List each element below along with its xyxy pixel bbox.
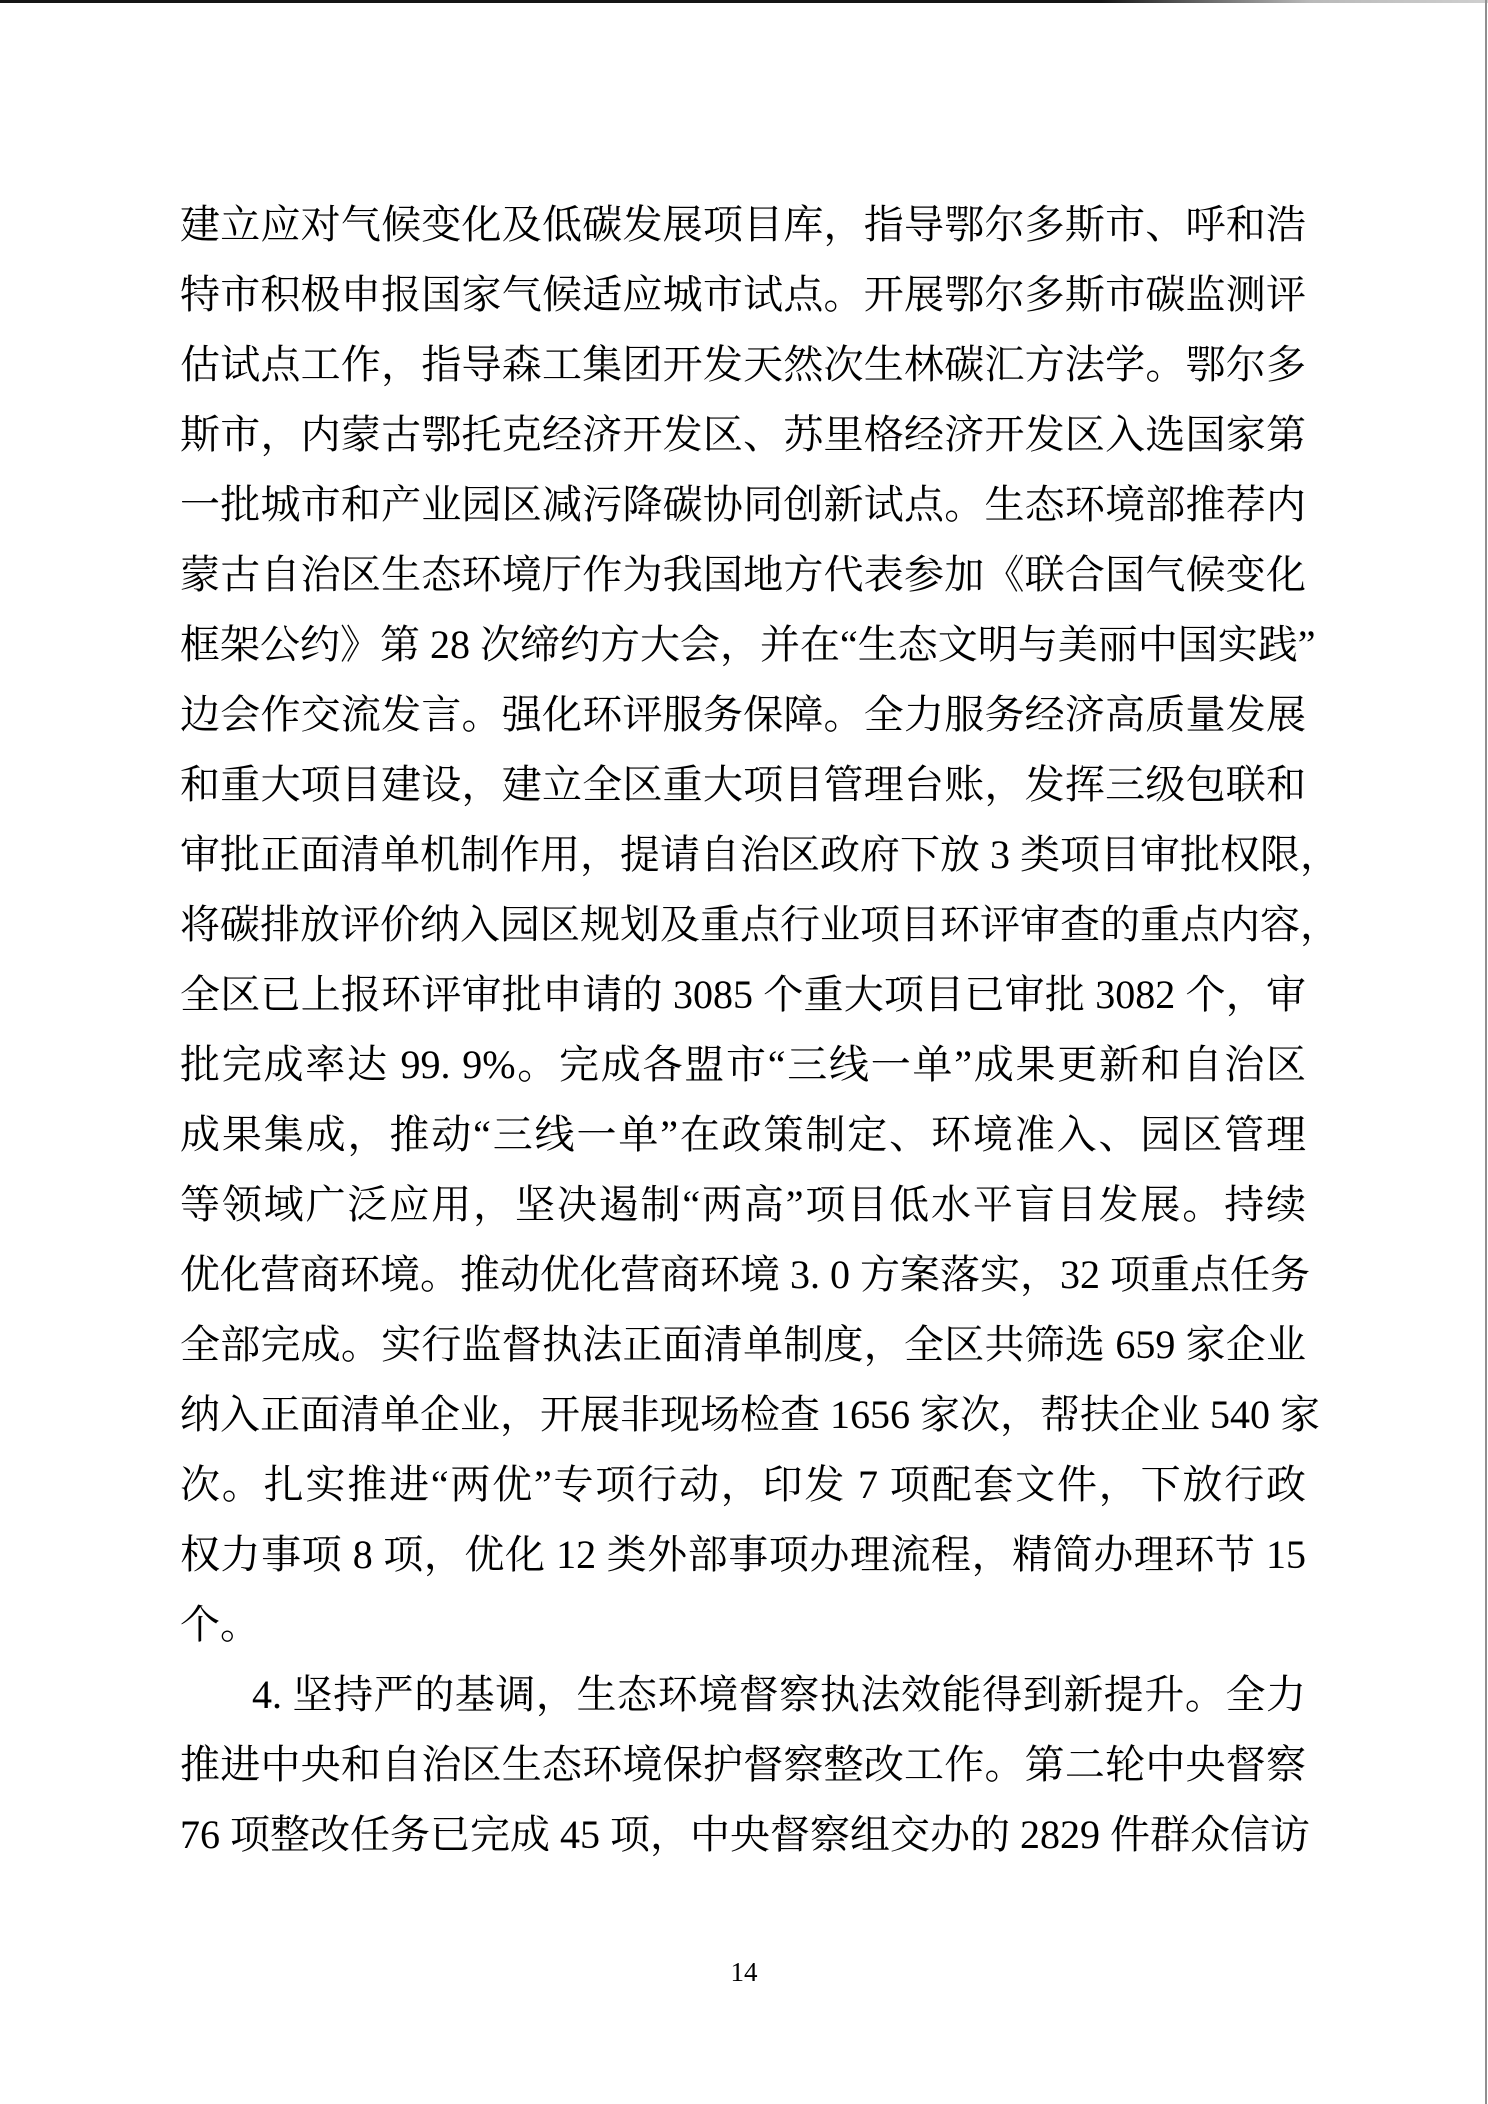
text-line: 纳入正面清单企业，开展非现场检查 1656 家次，帮扶企业 540 家 [180,1380,1306,1450]
text-line: 76 项整改任务已完成 45 项，中央督察组交办的 2829 件群众信访 [180,1800,1306,1870]
text-line: 次。扎实推进“两优”专项行动，印发 7 项配套文件，下放行政 [180,1450,1306,1520]
text-line: 全部完成。实行监督执法正面清单制度，全区共筛选 659 家企业 [180,1310,1306,1380]
text-line: 等领域广泛应用，坚决遏制“两高”项目低水平盲目发展。持续 [180,1170,1306,1240]
page-number: 14 [0,1956,1488,1988]
text-line: 蒙古自治区生态环境厅作为我国地方代表参加《联合国气候变化 [180,540,1306,610]
text-line: 推进中央和自治区生态环境保护督察整改工作。第二轮中央督察 [180,1730,1306,1800]
text-line: 审批正面清单机制作用，提请自治区政府下放 3 类项目审批权限， [180,820,1306,890]
text-line: 和重大项目建设，建立全区重大项目管理台账，发挥三级包联和 [180,750,1306,820]
scan-edge-top-line [0,0,1488,3]
text-line: 优化营商环境。推动优化营商环境 3. 0 方案落实，32 项重点任务 [180,1240,1306,1310]
body-text-block: 建立应对气候变化及低碳发展项目库，指导鄂尔多斯市、呼和浩特市积极申报国家气候适应… [180,190,1306,1870]
text-line: 4. 坚持严的基调，生态环境督察执法效能得到新提升。全力 [180,1660,1306,1730]
text-line: 建立应对气候变化及低碳发展项目库，指导鄂尔多斯市、呼和浩 [180,190,1306,260]
text-line: 将碳排放评价纳入园区规划及重点行业项目环评审查的重点内容， [180,890,1306,960]
text-line: 特市积极申报国家气候适应城市试点。开展鄂尔多斯市碳监测评 [180,260,1306,330]
text-line: 权力事项 8 项，优化 12 类外部事项办理流程，精简办理环节 15 [180,1520,1306,1590]
text-line: 斯市，内蒙古鄂托克经济开发区、苏里格经济开发区入选国家第 [180,400,1306,470]
text-line: 一批城市和产业园区减污降碳协同创新试点。生态环境部推荐内 [180,470,1306,540]
text-line: 估试点工作，指导森工集团开发天然次生林碳汇方法学。鄂尔多 [180,330,1306,400]
text-line: 全区已上报环评审批申请的 3085 个重大项目已审批 3082 个，审 [180,960,1306,1030]
text-line: 框架公约》第 28 次缔约方大会，并在“生态文明与美丽中国实践” [180,610,1306,680]
text-line: 个。 [180,1590,1306,1660]
text-line: 批完成率达 99. 9%。完成各盟市“三线一单”成果更新和自治区 [180,1030,1306,1100]
scan-edge-right-line [1485,0,1487,2104]
text-line: 成果集成，推动“三线一单”在政策制定、环境准入、园区管理 [180,1100,1306,1170]
text-line: 边会作交流发言。强化环评服务保障。全力服务经济高质量发展 [180,680,1306,750]
document-page: 建立应对气候变化及低碳发展项目库，指导鄂尔多斯市、呼和浩特市积极申报国家气候适应… [0,0,1488,2104]
